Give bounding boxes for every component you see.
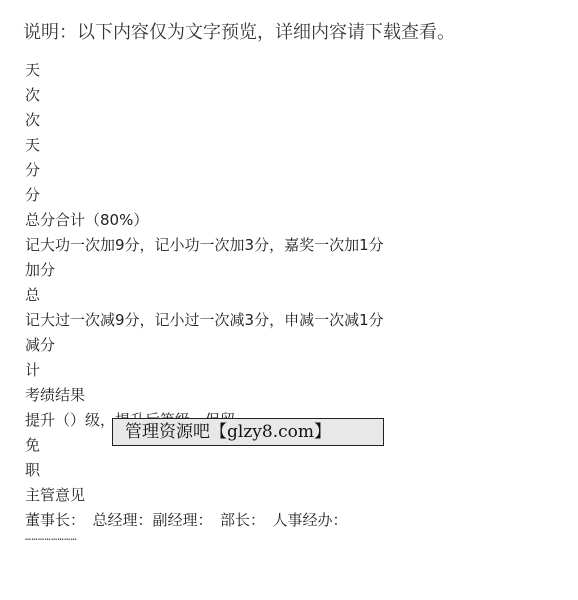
content-line: 天 xyxy=(25,58,384,83)
penalty-rule: 记大过一次减9分，记小过一次减3分，申减一次减1分 xyxy=(25,308,384,333)
document-content: 天 次 次 天 分 分 总分合计（80%） 记大功一次加9分，记小功一次加3分，… xyxy=(25,58,384,533)
total-score-label: 总分合计（80%） xyxy=(25,208,384,233)
content-line: 减分 xyxy=(25,333,384,358)
content-line: 次 xyxy=(25,108,384,133)
supervisor-opinion-label: 主管意见 xyxy=(25,483,384,508)
content-line: 计 xyxy=(25,358,384,383)
content-line: 次 xyxy=(25,83,384,108)
ellipsis-dots: …………………… xyxy=(25,532,77,543)
content-line: 分 xyxy=(25,183,384,208)
signature-line: 董事长： 总经理：副经理： 部长： 人事经办： xyxy=(25,508,384,533)
evaluation-result-label: 考绩结果 xyxy=(25,383,384,408)
preview-notice: 说明：以下内容仅为文字预览，详细内容请下载查看。 xyxy=(23,18,455,44)
content-line: 总 xyxy=(25,283,384,308)
content-line: 职 xyxy=(25,458,384,483)
content-line: 天 xyxy=(25,133,384,158)
bonus-rule: 记大功一次加9分，记小功一次加3分，嘉奖一次加1分 xyxy=(25,233,384,258)
content-line: 加分 xyxy=(25,258,384,283)
content-line: 分 xyxy=(25,158,384,183)
watermark-banner: 管理资源吧【glzy8.com】 xyxy=(112,418,384,446)
